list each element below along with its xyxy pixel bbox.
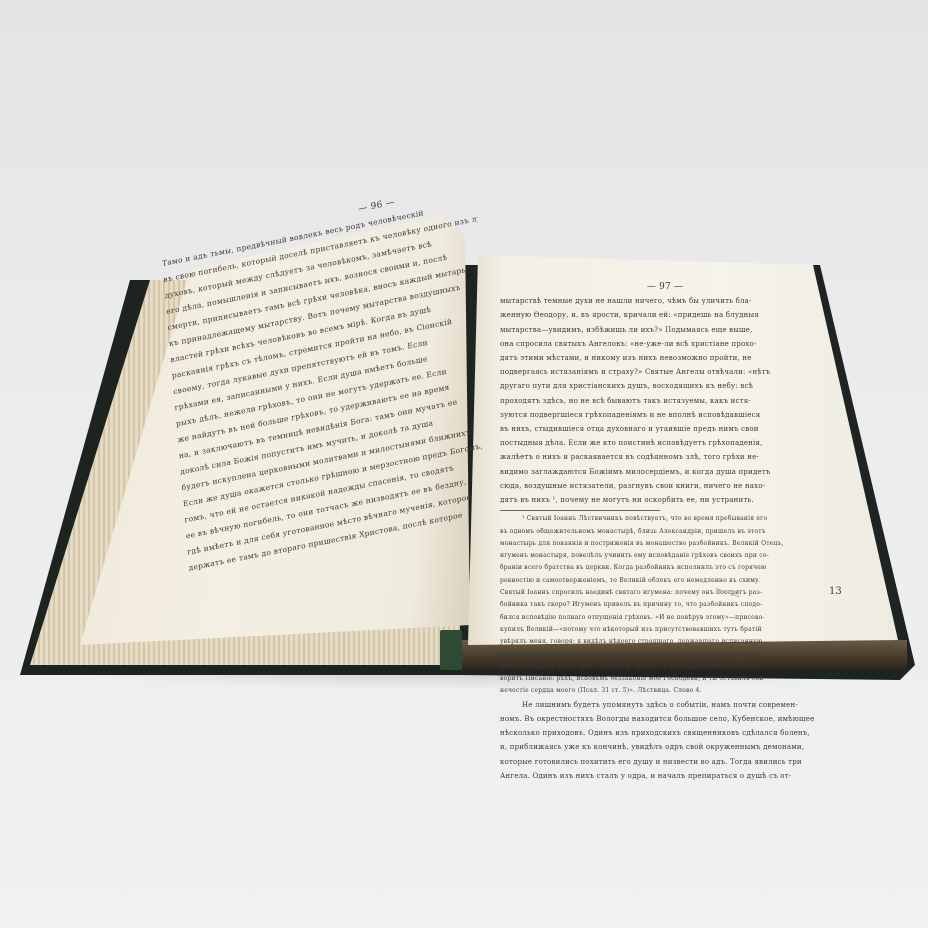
- right-body2-lines: Не лишнимъ будетъ упомянуть здѣсь о собы…: [500, 698, 830, 783]
- text-line: ный изглаждалъ этотъ грѣхъ на хартіи тро…: [500, 661, 830, 673]
- signature-mark: 13: [829, 586, 842, 597]
- text-line: монастырь для покаянія и постриженія въ …: [500, 538, 830, 550]
- text-line: женную Ѳеодору, и, въ ярости, кричали ей…: [500, 308, 830, 322]
- text-line: ¹ Святый Іоаннъ Лѣствичникъ повѣствуетъ,…: [500, 513, 830, 525]
- text-line: Святый Іоаннъ спросилъ наединѣ святаго и…: [500, 587, 830, 599]
- text-line: нѣсколько приходовъ. Одинъ изъ приходски…: [500, 726, 830, 740]
- left-page-text: — 96 — Тамо и адъ тьмы, предвѣчный вовле…: [160, 179, 504, 581]
- text-line: въ нихъ, стыдившіеся отца духовнаго и ут…: [500, 422, 830, 436]
- text-line: воритъ Писаніе: рѣхъ, исповѣмъ беззаконі…: [500, 673, 830, 685]
- right-folio: — 97 —: [500, 280, 830, 294]
- text-line: номъ. Въ окрестностяхъ Вологды находится…: [500, 712, 830, 726]
- text-line: бился исповѣдію полнаго отпущенія грѣхов…: [500, 612, 830, 624]
- left-body-lines: Тамо и адъ тьмы, предвѣчный вовлекъ весь…: [161, 195, 504, 581]
- right-page-text: — 97 — мытарствѣ темные духи не нашли ни…: [500, 280, 830, 783]
- text-line: хартію и трость; и когда исповѣдавшійся …: [500, 649, 830, 661]
- text-line: подвергаясь истязаніямъ и страху?» Святы…: [500, 365, 830, 379]
- text-line: которые готовились похитить его душу и н…: [500, 755, 830, 769]
- footnote-lines: ¹ Святый Іоаннъ Лѣствичникъ повѣствуетъ,…: [500, 513, 830, 697]
- bookmark-ribbon: [440, 630, 462, 670]
- text-line: и, приближаясь уже къ кончинѣ, увидѣлъ о…: [500, 740, 830, 754]
- text-line: постыдныя дѣла. Если же кто поистинѣ исп…: [500, 436, 830, 450]
- text-line: видимо заглаждаются Божіимъ милосердіемъ…: [500, 465, 830, 479]
- text-line: мытарства—увидимъ, избѣжишь ли ихъ?» Под…: [500, 323, 830, 337]
- text-line: она спросила святыхъ Ангеловъ: «не-уже-л…: [500, 337, 830, 351]
- text-line: купилъ Великій—«потому что нѣкоторый изъ…: [500, 624, 830, 636]
- text-line: другаго пути для христіанскихъ душъ, вос…: [500, 379, 830, 393]
- text-line: Не лишнимъ будетъ упомянуть здѣсь о собы…: [500, 698, 830, 712]
- text-line: жалѣетъ о нихъ и раскаявается въ содѣянн…: [500, 450, 830, 464]
- text-line: увѣрялъ меня, говоря: я видѣлъ нѣкоего с…: [500, 636, 830, 648]
- text-line: бойника такъ скоро? Игуменъ привелъ въ п…: [500, 599, 830, 611]
- text-line: зуются подвергшіеся грѣхопаденіямъ и не …: [500, 408, 830, 422]
- text-line: дятъ этими мѣстами, и никому изъ нихъ не…: [500, 351, 830, 365]
- text-line: проходятъ здѣсь, но не всѣ бываютъ такъ …: [500, 394, 830, 408]
- text-line: сюда, воздушные истязатели, разгнувъ сво…: [500, 479, 830, 493]
- text-line: дятъ въ нихъ ¹, почему не могутъ ни оско…: [500, 493, 830, 507]
- text-line: нечестіе сердца моего (Псал. 31 ст. 5)».…: [500, 685, 830, 697]
- text-line: игуменъ монастыря, повелѣлъ учинить ему …: [500, 550, 830, 562]
- text-line: Ангела. Одинъ изъ нихъ сталъ у одра, и н…: [500, 769, 830, 783]
- book-photo: — 96 — Тамо и адъ тьмы, предвѣчный вовле…: [0, 0, 928, 928]
- footnote-rule: [500, 510, 660, 511]
- text-line: мытарствѣ темные духи не нашли ничего, ч…: [500, 294, 830, 308]
- text-line: ревностію и самоотверженіемъ, то Великій…: [500, 575, 830, 587]
- text-line: браніи всего братства въ церкви. Когда р…: [500, 562, 830, 574]
- text-line: въ одномъ общежительномъ монастырѣ, близ…: [500, 526, 830, 538]
- right-body-lines: мытарствѣ темные духи не нашли ничего, ч…: [500, 294, 830, 507]
